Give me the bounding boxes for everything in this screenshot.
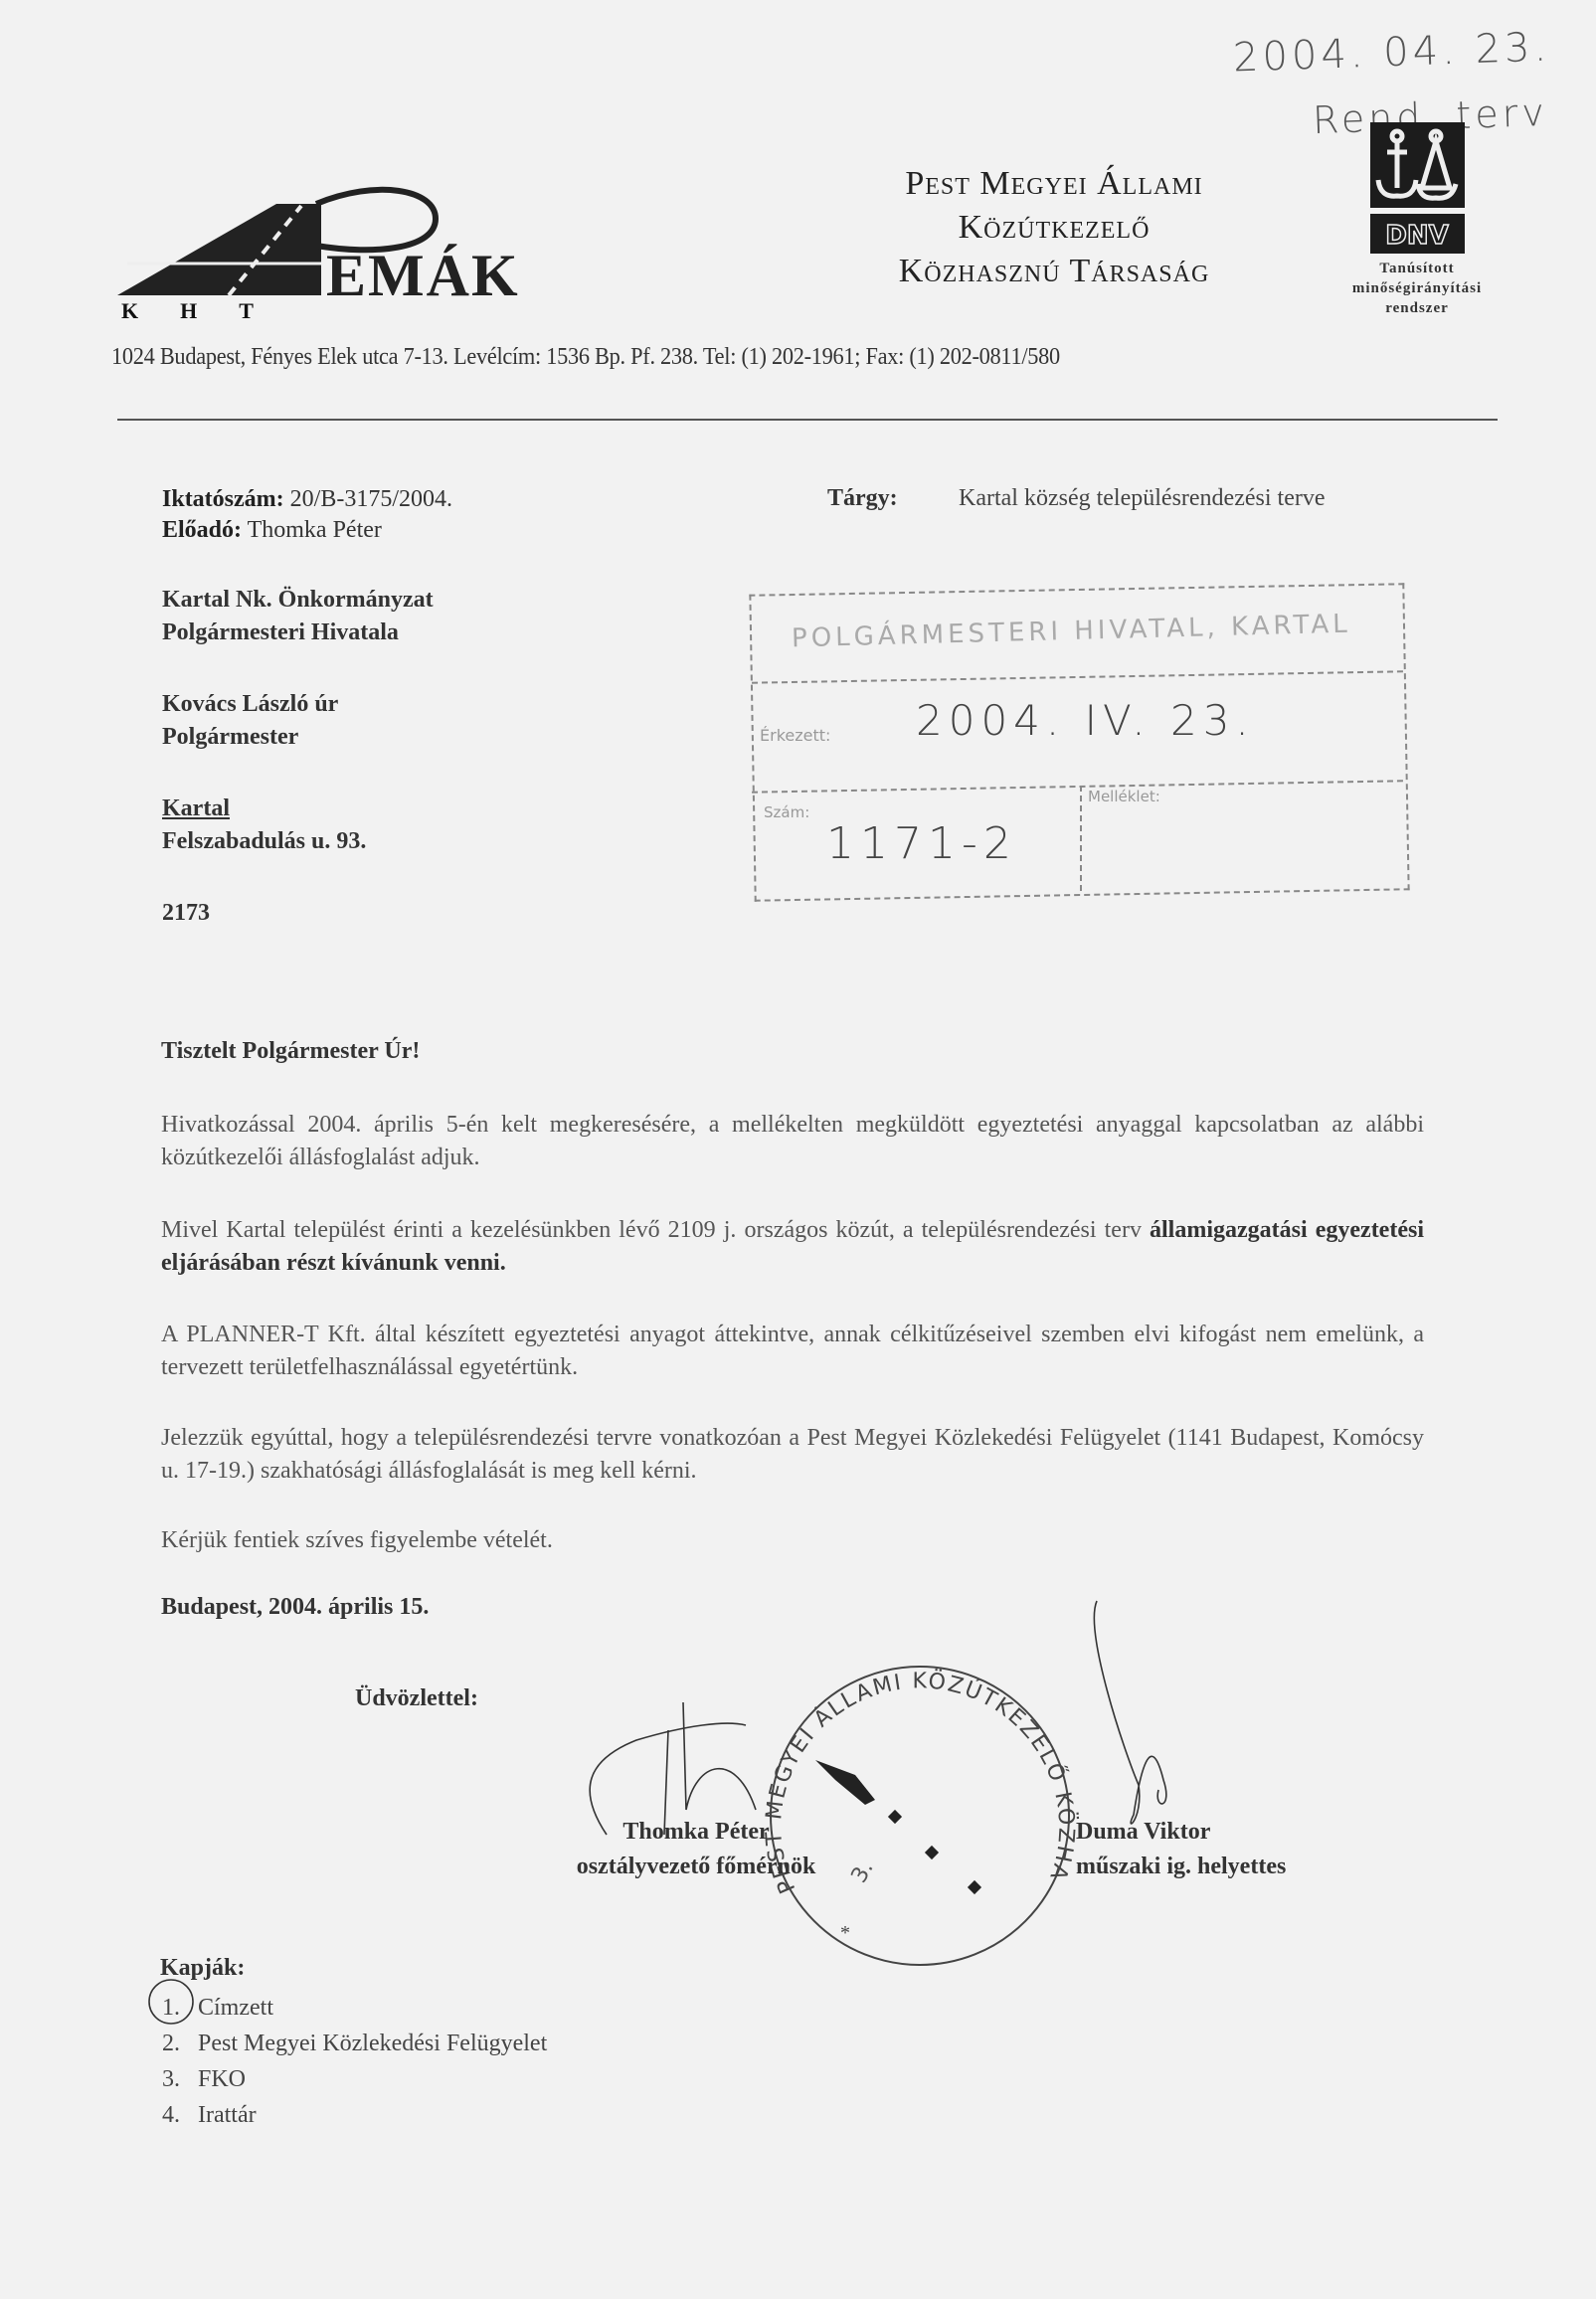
- company-line-3: Közhasznú Társaság: [815, 250, 1293, 293]
- list-item: 2.Pest Megyei Közlekedési Felügyelet: [162, 2026, 547, 2061]
- paragraph-2-text: Mivel Kartal települést érinti a kezelés…: [161, 1217, 1150, 1243]
- recipient-person-name: Kovács László úr: [162, 688, 338, 721]
- handwritten-date: 2004. 04. 23.: [1232, 24, 1551, 81]
- recipient-city: Kartal: [162, 793, 366, 825]
- company-name: Pest Megyei Állami Közútkezelő Közhasznú…: [815, 162, 1293, 293]
- reference-label: Iktatószám:: [162, 486, 284, 512]
- certification-text: Tanúsított minőségirányítási rendszer: [1323, 259, 1511, 318]
- paragraph-2: Mivel Kartal települést érinti a kezelés…: [161, 1214, 1424, 1280]
- svg-text:DNV: DNV: [1385, 221, 1448, 251]
- paragraph-5: Kérjük fentiek szíves figyelembe vételét…: [161, 1524, 1424, 1557]
- reference-number: Iktatószám: 20/B-3175/2004.: [162, 484, 452, 515]
- paragraph-4: Jelezzük egyúttal, hogy a településrende…: [161, 1422, 1424, 1488]
- officer: Előadó: Thomka Péter: [162, 515, 382, 546]
- subject-label: Tárgy:: [827, 485, 898, 512]
- recipient-street: Felszabadulás u. 93.: [162, 825, 366, 858]
- svg-text:3.: 3.: [847, 1857, 879, 1887]
- place-and-date: Budapest, 2004. április 15.: [161, 1594, 429, 1621]
- signatory-2-title: műszaki ig. helyettes: [1076, 1854, 1334, 1880]
- stamp-number-value: 1171-2: [826, 818, 1017, 869]
- recipient-org-line-1: Kartal Nk. Önkormányzat: [162, 584, 434, 617]
- officer-value: Thomka Péter: [248, 517, 382, 543]
- recipient-person-title: Polgármester: [162, 721, 338, 754]
- recipient-zip: 2173: [162, 900, 210, 927]
- list-item: 1.Címzett: [162, 1990, 547, 2026]
- paragraph-3: A PLANNER-T Kft. által készített egyezte…: [161, 1319, 1424, 1384]
- signatory-2-name: Duma Viktor: [1076, 1819, 1275, 1846]
- logo-subtitle: KHT: [121, 298, 295, 324]
- certification-line-1: Tanúsított: [1323, 259, 1511, 278]
- company-line-2: Közútkezelő: [815, 206, 1293, 250]
- stamp-received-label: Érkezett:: [760, 726, 830, 745]
- header-divider: [117, 419, 1498, 421]
- list-item: 4.Irattár: [162, 2097, 547, 2133]
- recipient-address: Kartal Felszabadulás u. 93.: [162, 793, 366, 858]
- recipient-org-line-2: Polgármesteri Hivatala: [162, 617, 434, 649]
- signatory-1-title: osztályvezető főmérnök: [542, 1854, 850, 1880]
- salutation: Tisztelt Polgármester Úr!: [161, 1038, 420, 1065]
- list-item: 3.FKO: [162, 2061, 547, 2097]
- signatory-1-name: Thomka Péter: [552, 1819, 840, 1846]
- registration-stamp: POLGÁRMESTERI HIVATAL, KARTAL Érkezett: …: [752, 577, 1408, 905]
- recipient-organization: Kartal Nk. Önkormányzat Polgármesteri Hi…: [162, 584, 434, 649]
- paragraph-1: Hivatkozással 2004. április 5-én kelt me…: [161, 1109, 1424, 1174]
- certification-line-2: minőségirányítási: [1323, 278, 1511, 298]
- distribution-title: Kapják:: [160, 1955, 245, 1982]
- distribution-list: 1.Címzett 2.Pest Megyei Közlekedési Felü…: [162, 1990, 547, 2133]
- certification-line-3: rendszer: [1323, 298, 1511, 318]
- reference-value: 20/B-3175/2004.: [290, 486, 452, 512]
- stamp-received-value: 2004. IV. 23.: [916, 696, 1255, 745]
- company-address: 1024 Budapest, Fényes Elek utca 7-13. Le…: [111, 344, 1060, 371]
- company-line-1: Pest Megyei Állami: [815, 162, 1293, 206]
- closing-greeting: Üdvözlettel:: [355, 1685, 478, 1712]
- svg-text:*: *: [840, 1922, 850, 1944]
- dnv-anchor-icon: DNV: [1370, 122, 1465, 254]
- officer-label: Előadó:: [162, 517, 242, 543]
- recipient-person: Kovács László úr Polgármester: [162, 688, 338, 754]
- stamp-attachment-label: Melléklet:: [1088, 788, 1160, 805]
- subject-value: Kartal község településrendezési terve: [959, 485, 1325, 512]
- svg-text:EMÁK: EMÁK: [326, 243, 520, 308]
- stamp-number-label: Szám:: [764, 803, 809, 821]
